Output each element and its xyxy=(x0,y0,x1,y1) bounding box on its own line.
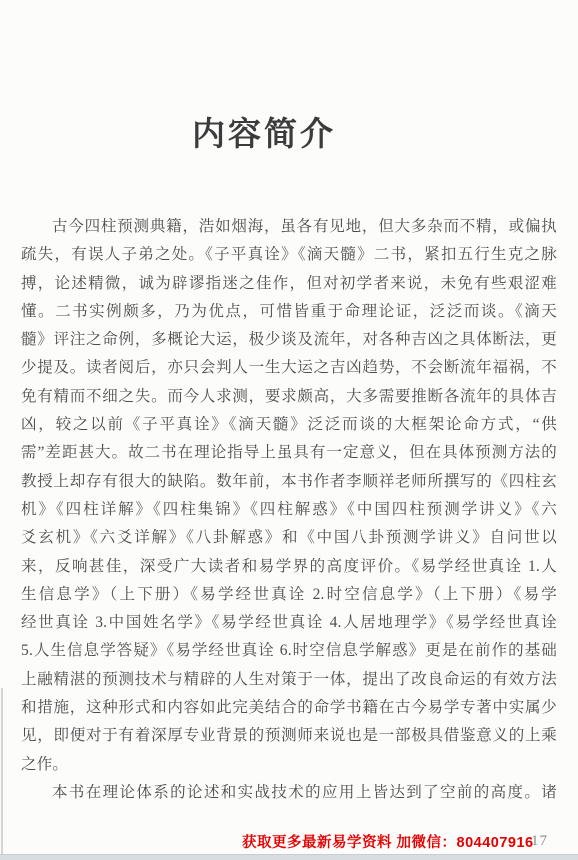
scanned-book-page: 内容简介 古今四柱预测典籍，浩如烟海，虽各有见地，但大多杂而不精，或偏执疏失，有… xyxy=(0,0,578,860)
page-number: 17 xyxy=(531,833,548,850)
body-line: 髓》评注之命例，多概论大运，极少谈及流年，对各种吉凶之具体断法，更 xyxy=(21,326,557,354)
watermark-text: 获取更多最新易学资料 加微信：804407916 xyxy=(242,831,534,852)
page-title: 内容简介 xyxy=(0,108,528,155)
body-line: 少提及。读者阅后，亦只会判人一生大运之吉凶趋势，不会断流年福祸，不 xyxy=(21,354,557,382)
body-line: 免有精而不细之失。而今人求测，要求颇高，大多需要推断各流年的具体吉 xyxy=(21,383,557,411)
body-line: 经世真诠 3.中国姓名学》《易学经世真诠 4.人居地理学》《易学经世真诠 xyxy=(21,609,557,637)
body-line: 机》《四柱详解》《四柱集锦》《四柱解惑》《中国四柱预测学讲义》《六 xyxy=(21,496,557,524)
body-line: 见，即便对于有着深厚专业背景的预测师来说也是一部极具借鉴意义的上乘 xyxy=(21,722,557,750)
body-line: 古今四柱预测典籍，浩如烟海，虽各有见地，但大多杂而不精，或偏执 xyxy=(21,213,557,241)
body-line: 来，反响甚佳，深受广大读者和易学界的高度评价。《易学经世真诠 1.人 xyxy=(21,553,557,581)
body-text: 古今四柱预测典籍，浩如烟海，虽各有见地，但大多杂而不精，或偏执疏失，有误人子弟之… xyxy=(21,213,557,807)
body-line: 疏失，有误人子弟之处。《子平真诠》《滴天髓》二书，紧扣五行生克之脉 xyxy=(21,241,557,269)
body-line: 搏，论述精微，诚为辟谬指迷之佳作，但对初学者来说，未免有些艰涩难 xyxy=(21,270,557,298)
body-line: 生信息学》（上下册）《易学经世真诠 2.时空信息学》（上下册）《易学 xyxy=(21,581,557,609)
body-line: 爻玄机》《六爻详解》《八卦解惑》和《中国八卦预测学讲义》自问世以 xyxy=(21,524,557,552)
body-line: 凶，较之以前《子平真诠》《滴天髓》泛泛而谈的大框架论命方式，“供 xyxy=(21,411,557,439)
body-line: 需”差距甚大。故二书在理论指导上虽具有一定意义，但在具体预测方法的 xyxy=(21,439,557,467)
body-line: 之作。 xyxy=(21,751,557,779)
body-line: 和措施，这种形式和内容如此完美结合的命学书籍在古今易学专著中实属少 xyxy=(21,694,557,722)
body-line: 5.人生信息学答疑》《易学经世真诠 6.时空信息学解惑》更是在前作的基础 xyxy=(21,637,557,665)
body-line: 懂。二书实例颇多，乃为优点，可惜皆重于命理论证，泛泛而谈。《滴天 xyxy=(21,298,557,326)
bottom-edge-strip xyxy=(0,854,578,860)
body-line: 上融精湛的预测技术与精辟的人生对策于一体，提出了改良命运的有效方法 xyxy=(21,666,557,694)
body-line: 教授上却存有很大的缺陷。数年前，本书作者李顺祥老师所撰写的《四柱玄 xyxy=(21,468,557,496)
body-line: 本书在理论体系的论述和实战技术的应用上皆达到了空前的高度。诸 xyxy=(21,779,557,807)
page-edge-shadow xyxy=(1,688,3,855)
